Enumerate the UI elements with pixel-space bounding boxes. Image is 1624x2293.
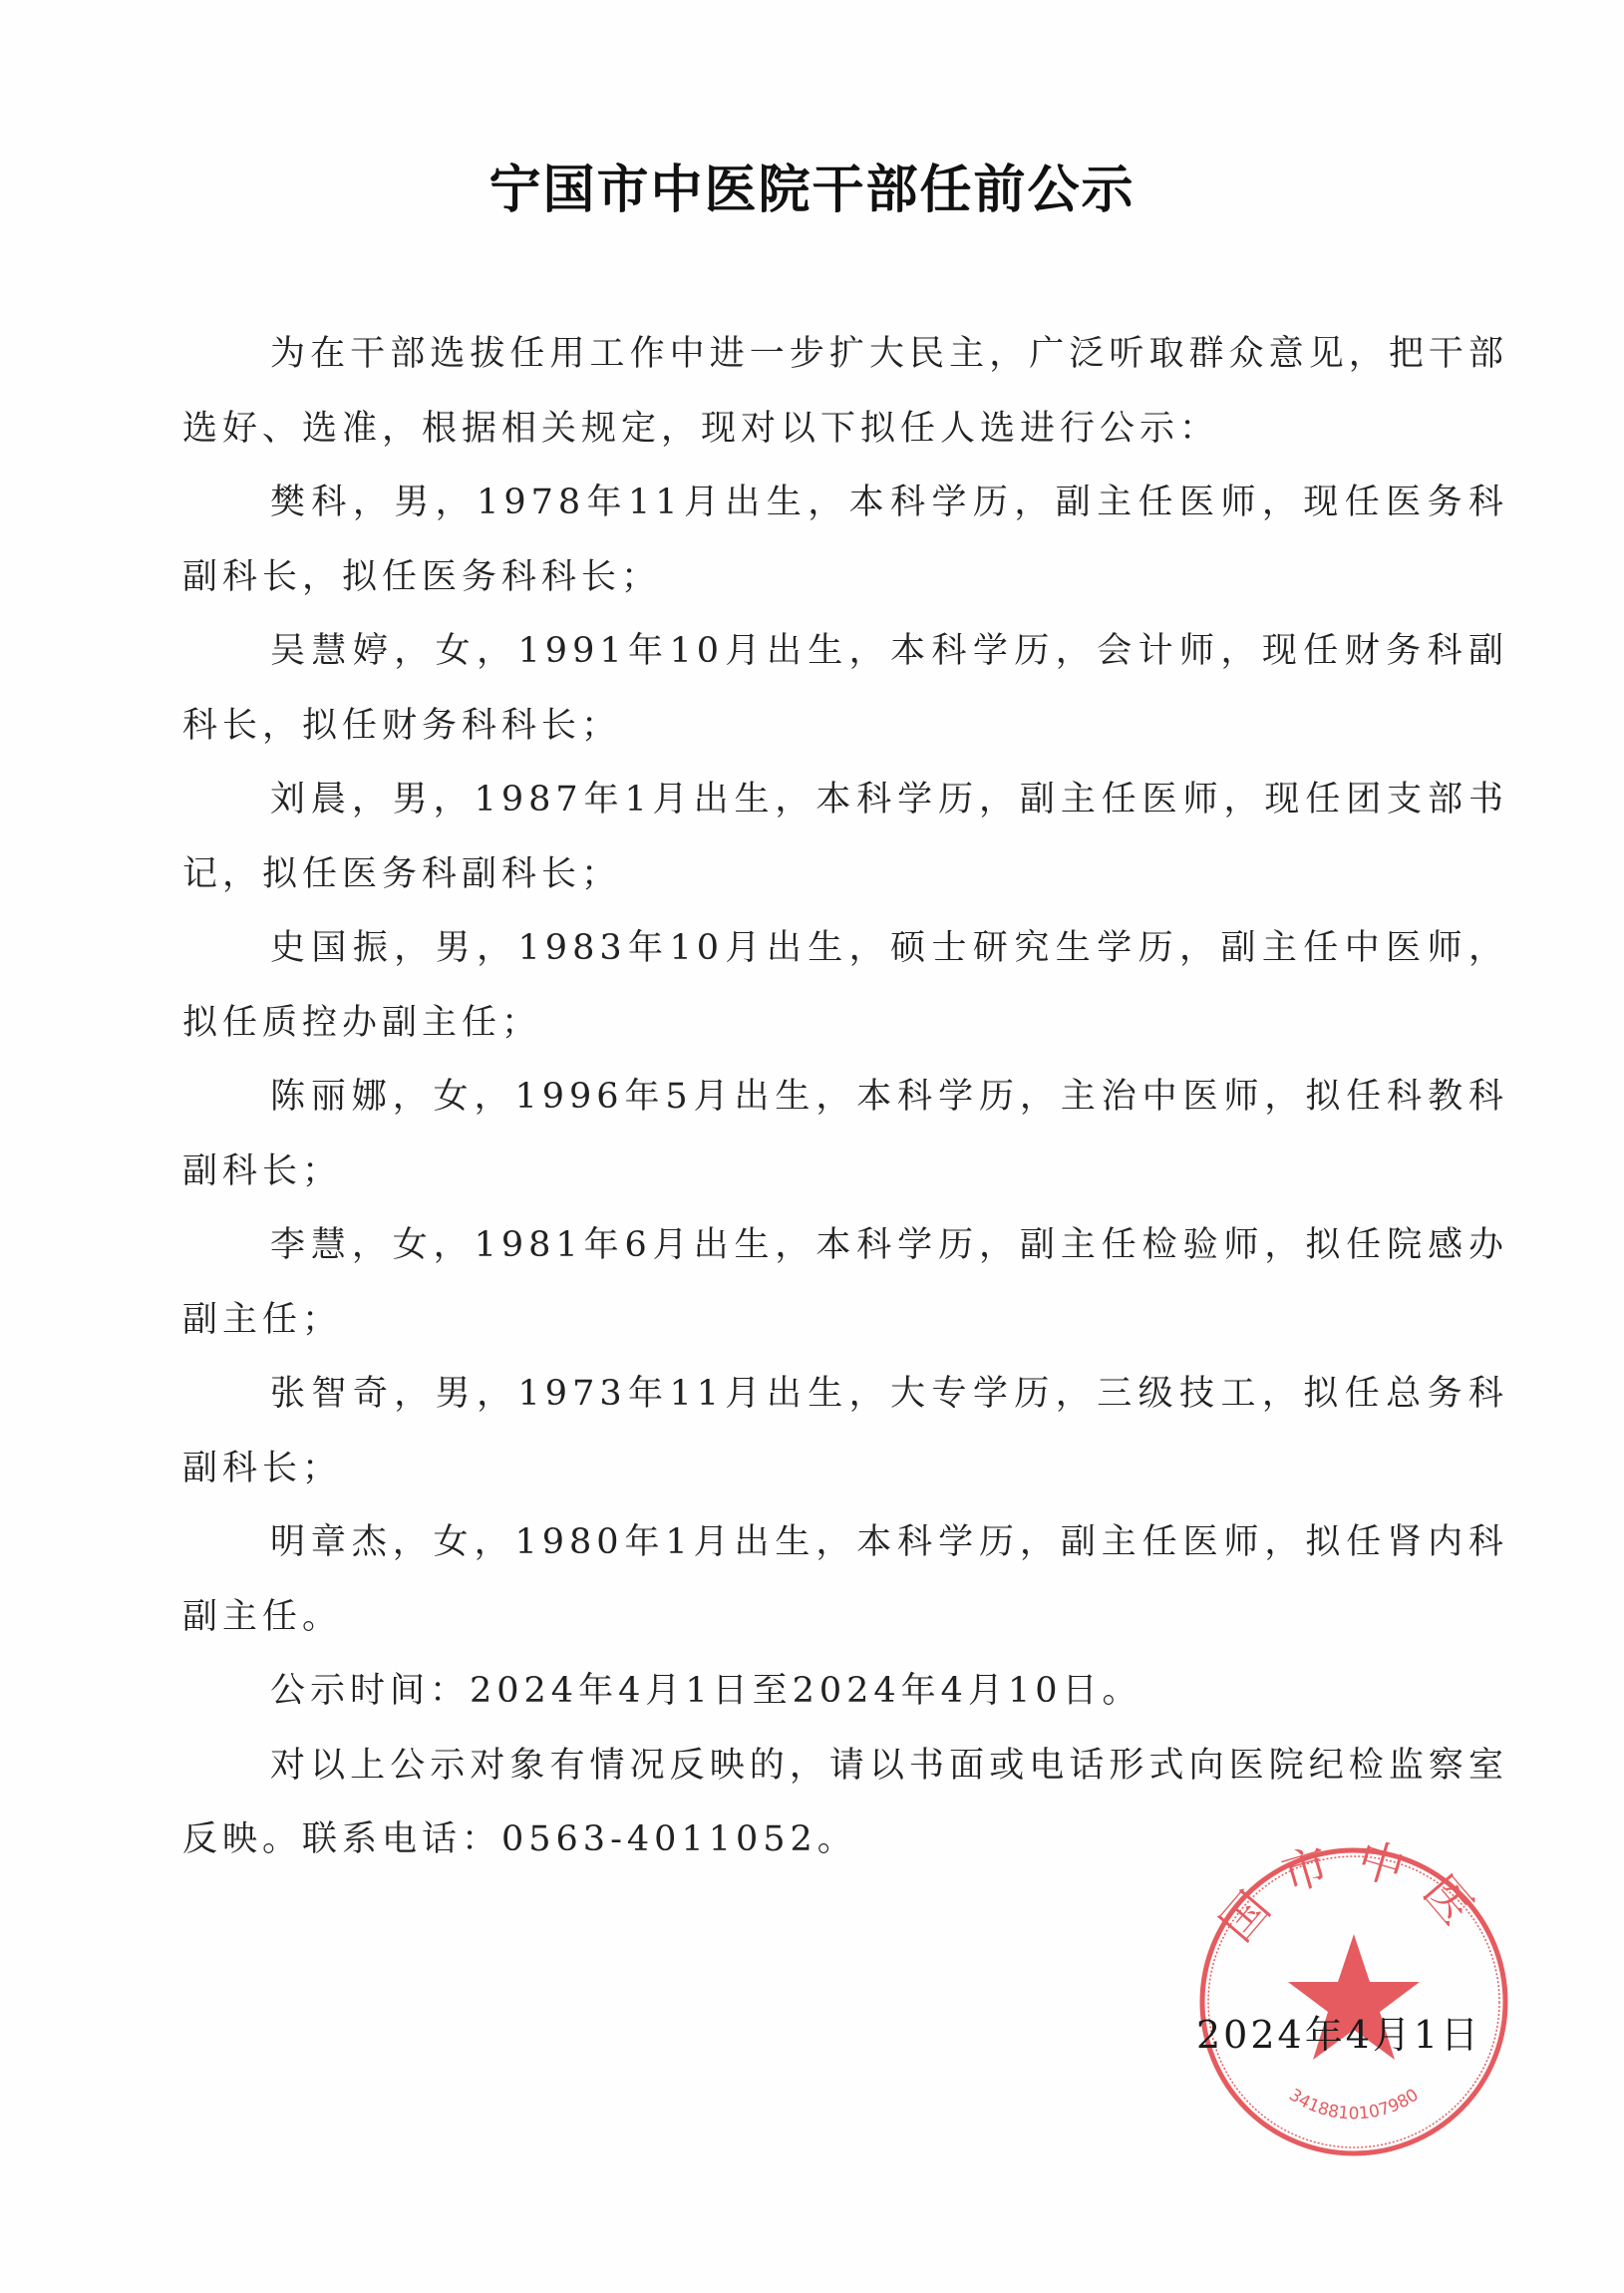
candidate-paragraph: 陈丽娜，女，1996年5月出生，本科学历，主治中医师，拟任科教科副科长； — [182, 1060, 1508, 1208]
candidate-paragraph: 明章杰，女，1980年1月出生，本科学历，副主任医师，拟任肾内科副主任。 — [182, 1505, 1508, 1654]
candidate-paragraph: 吴慧婷，女，1991年10月出生，本科学历，会计师，现任财务科副科长，拟任财务科… — [182, 614, 1508, 763]
publicity-period: 公示时间：2024年4月1日至2024年4月10日。 — [182, 1654, 1508, 1729]
document-date: 2024年4月1日 — [1196, 2004, 1481, 2059]
document-title: 宁国市中医院干部任前公示 — [0, 148, 1624, 222]
candidate-paragraph: 史国振，男，1983年10月出生，硕士研究生学历，副主任中医师，拟任质控办副主任… — [182, 911, 1508, 1060]
candidate-paragraph: 刘晨，男，1987年1月出生，本科学历，副主任医师，现任团支部书记，拟任医务科副… — [182, 763, 1508, 911]
document-body: 为在干部选拔任用工作中进一步扩大民主，广泛听取群众意见，把干部选好、选准，根据相… — [182, 317, 1508, 1877]
candidate-paragraph: 李慧，女，1981年6月出生，本科学历，副主任检验师，拟任院感办副主任； — [182, 1208, 1508, 1357]
candidate-paragraph: 张智奇，男，1973年11月出生，大专学历，三级技工，拟任总务科副科长； — [182, 1357, 1508, 1505]
intro-paragraph: 为在干部选拔任用工作中进一步扩大民主，广泛听取群众意见，把干部选好、选准，根据相… — [182, 317, 1508, 466]
document-page: 宁国市中医院干部任前公示 为在干部选拔任用工作中进一步扩大民主，广泛听取群众意见… — [0, 0, 1624, 2293]
seal-number-text: 3418810107980 — [1285, 2085, 1422, 2124]
candidate-paragraph: 樊科，男，1978年11月出生，本科学历，副主任医师，现任医务科副科长，拟任医务… — [182, 466, 1508, 614]
svg-text:3418810107980: 3418810107980 — [1285, 2085, 1422, 2124]
official-seal-icon: 国市中医 3418810107980 — [1194, 1842, 1513, 2161]
